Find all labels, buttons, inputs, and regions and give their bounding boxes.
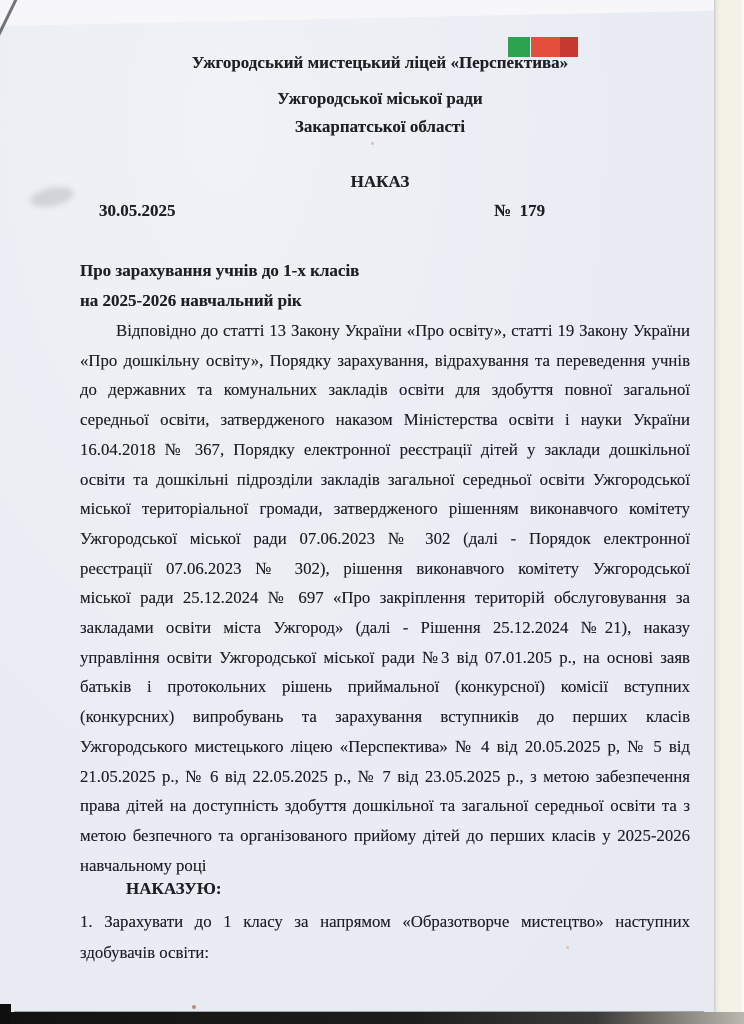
body-line: Ужгородського мистецького ліцею «Перспек…: [80, 732, 690, 762]
order-preamble: Відповідно до статті 13 Закону України «…: [80, 316, 690, 880]
scanner-top-edge: [0, 0, 744, 30]
body-line: «Про дошкільну освіту», Порядку зарахува…: [80, 346, 690, 376]
body-line: управління освіти Ужгородської міської р…: [80, 643, 690, 673]
dust-speck: [371, 142, 374, 145]
body-line: освіти та дошкільні підрозділи закладів …: [80, 465, 690, 495]
body-line: батьків і протокольних рішень приймально…: [80, 672, 690, 702]
order-meta-row: 30.05.2025 № 179: [0, 201, 744, 223]
body-line: (конкурсних) випробувань та зарахування …: [80, 702, 690, 732]
body-line: до державних та комунальних закладів осв…: [80, 375, 690, 405]
body-line: 21.05.2025 р., № 6 від 22.05.2025 р., № …: [80, 762, 690, 792]
body-line: міської ради 25.12.2024 № 697 «Про закрі…: [80, 583, 690, 613]
body-line: 16.04.2018 № 367, Порядку електронної ре…: [80, 435, 690, 465]
body-line: міської територіальної громади, затвердж…: [80, 494, 690, 524]
item-line: 1. Зарахувати до 1 класу за напрямом «Об…: [80, 906, 690, 937]
scanner-bottom-strip: [0, 1012, 744, 1024]
body-line: метою безпечного та організованого прийо…: [80, 821, 690, 851]
body-line: Ужгородської міської ради 07.06.2023 № 3…: [80, 524, 690, 554]
resolution-label: НАКАЗУЮ:: [126, 878, 222, 900]
body-line: навчальному році: [80, 851, 690, 881]
body-line: Відповідно до статті 13 Закону України «…: [80, 316, 690, 346]
order-number: № 179: [494, 201, 545, 221]
body-line: закладами освіти міста Ужгород» (далі - …: [80, 613, 690, 643]
scanner-right-strip: [714, 0, 744, 1024]
subject-line: на 2025-2026 навчальний рік: [80, 286, 692, 316]
dust-speck: [192, 1005, 196, 1009]
institution-region: Закарпатської області: [60, 117, 700, 137]
body-line: реєстрації 07.06.2023 № 302), рішення ви…: [80, 554, 690, 584]
institution-name: Ужгородський мистецький ліцей «Перспекти…: [60, 53, 700, 73]
order-date: 30.05.2025: [99, 201, 176, 221]
scan-corner-block: [0, 1004, 11, 1024]
institution-council: Ужгородської міської ради: [60, 89, 700, 109]
order-item-1: 1. Зарахувати до 1 класу за напрямом «Об…: [80, 906, 690, 968]
order-title: НАКАЗ: [60, 172, 700, 192]
item-line: здобувачів освіти:: [80, 937, 690, 968]
subject-line: Про зарахування учнів до 1-х класів: [80, 256, 692, 286]
body-line: середньої освіти, затвердженого наказом …: [80, 405, 690, 435]
body-line: права дітей на доступність здобуття дошк…: [80, 791, 690, 821]
order-subject: Про зарахування учнів до 1-х класів на 2…: [80, 256, 692, 316]
scanned-order-document: Ужгородський мистецький ліцей «Перспекти…: [0, 0, 744, 1024]
